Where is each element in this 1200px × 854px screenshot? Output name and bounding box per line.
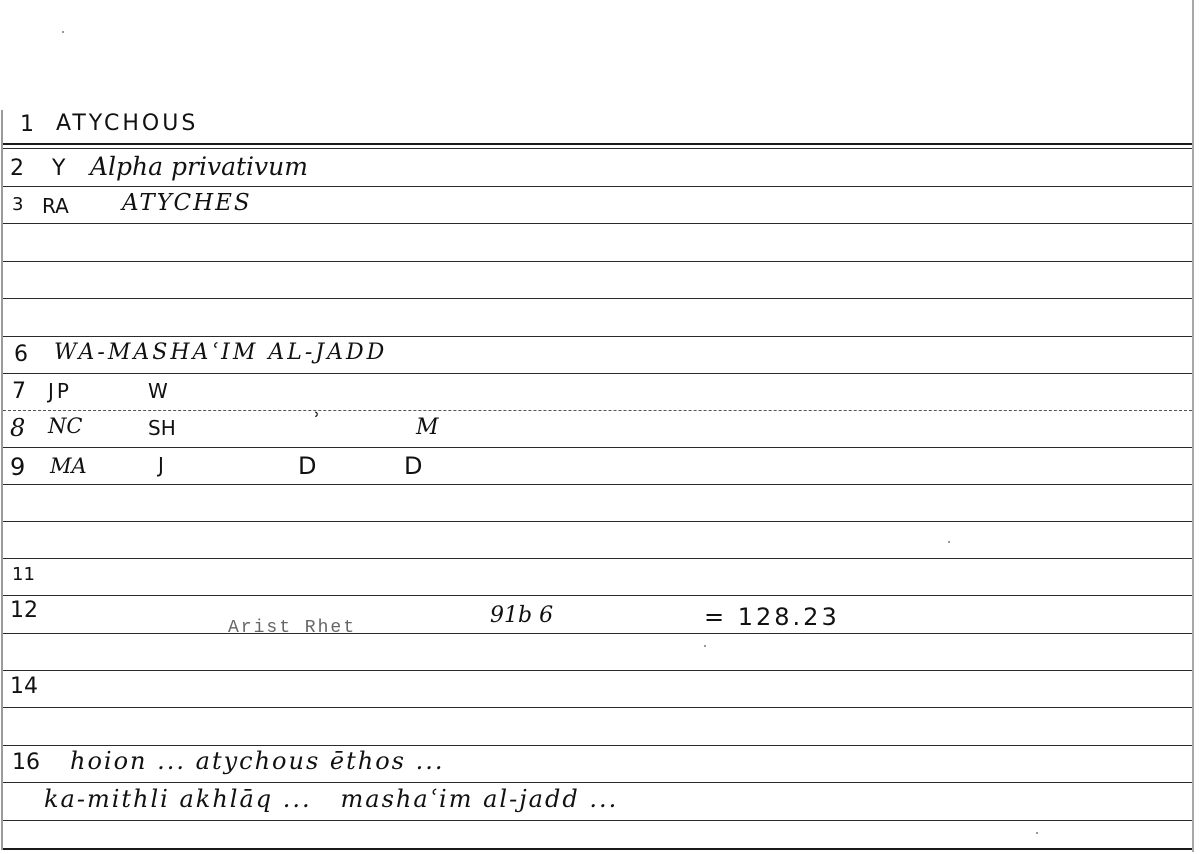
card-right-edge bbox=[1192, 0, 1194, 852]
rule bbox=[3, 633, 1192, 634]
scan-speck bbox=[948, 541, 950, 543]
source-reference: Arist Rhet bbox=[228, 618, 356, 638]
dashed-rule bbox=[3, 410, 1192, 411]
rule bbox=[3, 707, 1192, 708]
line-number: 8 bbox=[10, 416, 25, 440]
rule bbox=[3, 558, 1192, 559]
line-9-col-4: D bbox=[404, 454, 422, 478]
line-number: 6 bbox=[14, 344, 28, 366]
rule bbox=[3, 373, 1192, 374]
line-3-col-2: ATYCHES bbox=[122, 192, 252, 215]
line-8-col-2: SH bbox=[148, 418, 176, 438]
line-3-col-1: RA bbox=[42, 196, 69, 216]
line-9-col-1: MA bbox=[50, 456, 87, 477]
line-8-col-1: NC bbox=[48, 416, 82, 437]
arabic-quotation: ka-mithli akhlāq ... mashaʿim al-jadd ..… bbox=[44, 787, 618, 811]
headword: ATYCHOUS bbox=[56, 113, 198, 135]
rule bbox=[3, 484, 1192, 485]
index-card: 1 ATYCHOUS 2 Y Alpha privativum 3 RA ATY… bbox=[0, 0, 1200, 854]
line-7-col-1: JP bbox=[48, 381, 72, 401]
line-number: 14 bbox=[10, 676, 38, 698]
line-8-col-4: M bbox=[416, 417, 439, 439]
rule bbox=[3, 595, 1192, 596]
line-2-col-1: Y bbox=[52, 158, 65, 180]
rule bbox=[3, 223, 1192, 224]
line-7-col-2: W bbox=[148, 381, 168, 401]
card-left-edge bbox=[1, 110, 3, 850]
line-number: 7 bbox=[12, 381, 26, 403]
line-number: 3 bbox=[12, 196, 23, 214]
line-number: 2 bbox=[10, 158, 24, 180]
rule bbox=[3, 745, 1192, 746]
line-number: 1 bbox=[20, 114, 34, 136]
line-number: 12 bbox=[10, 600, 38, 622]
line-8-col-3: ʾ bbox=[314, 410, 320, 430]
line-2-note: Alpha privativum bbox=[90, 154, 308, 179]
rule bbox=[3, 670, 1192, 671]
header-rule-2 bbox=[3, 148, 1192, 149]
bekker-reference: 91b 6 bbox=[490, 605, 553, 627]
page-reference: = 128.23 bbox=[704, 605, 840, 629]
scan-speck bbox=[704, 645, 706, 647]
scan-speck bbox=[1036, 832, 1038, 834]
rule bbox=[3, 261, 1192, 262]
rule bbox=[3, 521, 1192, 522]
line-number: 16 bbox=[12, 752, 40, 774]
rule bbox=[3, 298, 1192, 299]
rule bbox=[3, 782, 1192, 783]
rule bbox=[3, 820, 1192, 821]
line-number: 9 bbox=[10, 455, 25, 479]
translation-headword: WA-MASHAʿIM AL-JADD bbox=[54, 342, 387, 364]
line-9-col-3: D bbox=[298, 454, 316, 478]
bottom-rule bbox=[3, 848, 1192, 850]
header-rule bbox=[3, 143, 1192, 145]
greek-quotation: hoion ... atychous ēthos ... bbox=[70, 749, 444, 773]
rule bbox=[3, 186, 1192, 187]
line-number: 11 bbox=[12, 566, 35, 584]
rule bbox=[3, 447, 1192, 448]
rule bbox=[3, 336, 1192, 337]
scan-speck bbox=[62, 31, 64, 33]
line-9-col-2: J bbox=[158, 455, 164, 475]
